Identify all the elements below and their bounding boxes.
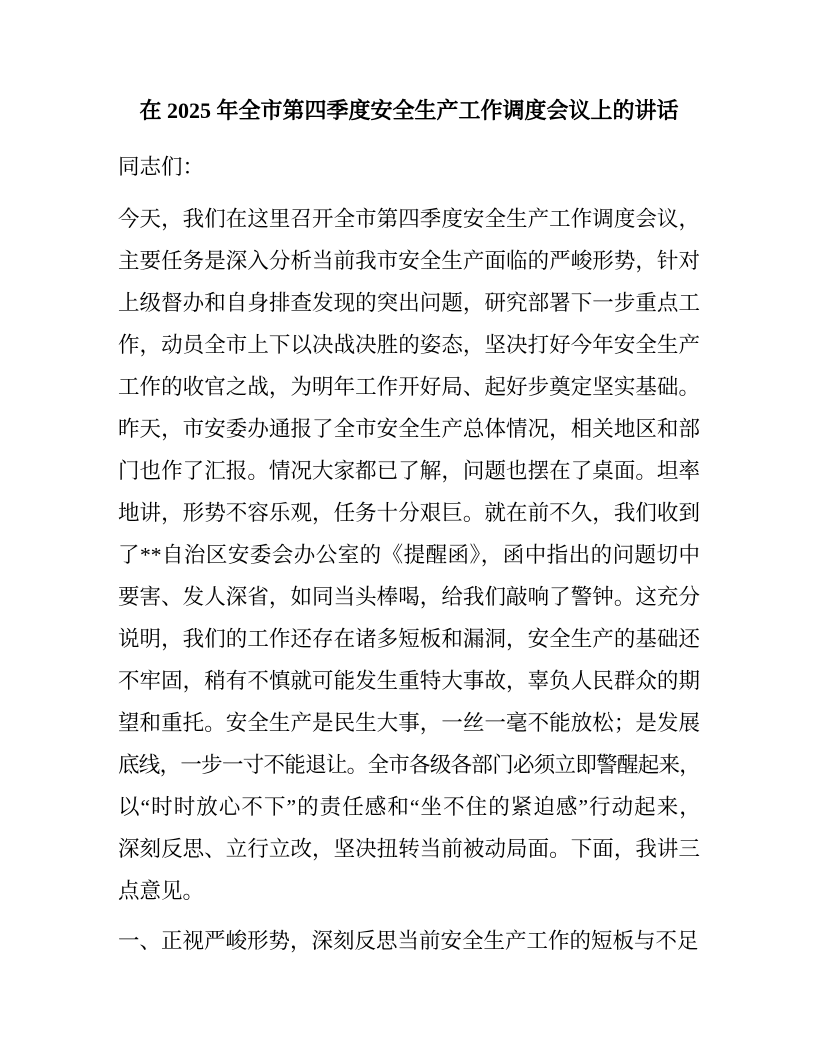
- paragraph-line: 望和重托。安全生产是民生大事，一丝一毫不能放松；是发展: [118, 702, 700, 744]
- section-heading: 一、正视严峻形势，深刻反思当前安全生产工作的短板与不足: [118, 920, 700, 962]
- paragraph-line: 以“时时放心不下”的责任感和“坐不住的紧迫感”行动起来，: [118, 786, 700, 828]
- salutation: 同志们：: [118, 146, 700, 188]
- paragraph-line: 今天，我们在这里召开全市第四季度安全生产工作调度会议，: [118, 198, 700, 240]
- paragraph-line: 昨天，市安委办通报了全市安全生产总体情况，相关地区和部: [118, 408, 700, 450]
- paragraph-line: 地讲，形势不容乐观，任务十分艰巨。就在前不久，我们收到: [118, 492, 700, 534]
- document-content: 在 2025 年全市第四季度安全生产工作调度会议上的讲话 同志们： 今天，我们在…: [118, 96, 700, 962]
- paragraph-line: 了**自治区安委会办公室的《提醒函》，函中指出的问题切中: [118, 534, 700, 576]
- paragraph-line: 要害、发人深省，如同当头棒喝，给我们敲响了警钟。这充分: [118, 576, 700, 618]
- paragraph-line: 不牢固，稍有不慎就可能发生重特大事故，辜负人民群众的期: [118, 660, 700, 702]
- document-title: 在 2025 年全市第四季度安全生产工作调度会议上的讲话: [118, 96, 700, 126]
- paragraph-line: 点意见。: [118, 870, 700, 912]
- paragraph-line: 门也作了汇报。情况大家都已了解，问题也摆在了桌面。坦率: [118, 450, 700, 492]
- paragraph-line: 主要任务是深入分析当前我市安全生产面临的严峻形势，针对: [118, 240, 700, 282]
- paragraph-line: 说明，我们的工作还存在诸多短板和漏洞，安全生产的基础还: [118, 618, 700, 660]
- paragraph-line: 作，动员全市上下以决战决胜的姿态，坚决打好今年安全生产: [118, 324, 700, 366]
- paragraph-line: 工作的收官之战，为明年工作开好局、起好步奠定坚实基础。: [118, 366, 700, 408]
- body-paragraph: 今天，我们在这里召开全市第四季度安全生产工作调度会议，主要任务是深入分析当前我市…: [118, 198, 700, 912]
- paragraph-line: 上级督办和自身排查发现的突出问题，研究部署下一步重点工: [118, 282, 700, 324]
- paragraph-line: 底线，一步一寸不能退让。全市各级各部门必须立即警醒起来，: [118, 744, 700, 786]
- document-page: 在 2025 年全市第四季度安全生产工作调度会议上的讲话 同志们： 今天，我们在…: [0, 0, 816, 1056]
- paragraph-line: 深刻反思、立行立改，坚决扭转当前被动局面。下面，我讲三: [118, 828, 700, 870]
